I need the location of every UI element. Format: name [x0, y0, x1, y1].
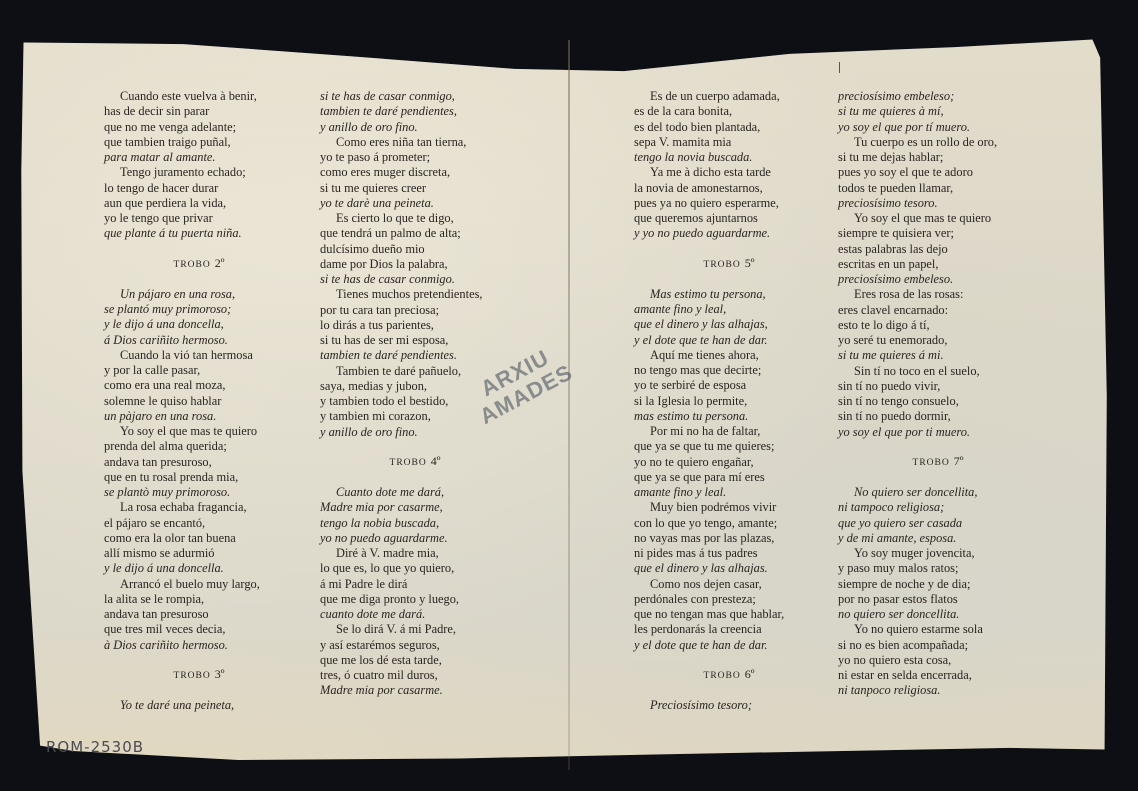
stanza: Es cierto lo que te digo,que tendrá un p…: [320, 211, 510, 287]
verse-line: que tendrá un palmo de alta;: [320, 226, 510, 241]
stanza: Como nos dejen casar,perdónales con pres…: [634, 577, 824, 653]
verse-line: Mas estimo tu persona,: [634, 287, 824, 302]
verse-line: Yo te daré una peineta,: [104, 698, 294, 713]
verse-line: esto te lo digo á tí,: [838, 318, 1038, 333]
stanza: Tienes muchos pretendientes,por tu cara …: [320, 287, 510, 363]
verse-line: yo no quiero esta cosa,: [838, 653, 1038, 668]
verse-line: yo no puedo aguardarme.: [320, 531, 510, 546]
verse-line: mas estimo tu persona.: [634, 409, 824, 424]
stanza: Yo soy el que mas te quieroprenda del al…: [104, 424, 294, 500]
verse-line: siempre te quisiera ver;: [838, 226, 1038, 241]
verse-line: y el dote que te han de dar.: [634, 333, 824, 348]
verse-line: Cuando este vuelva à benir,: [104, 89, 294, 104]
verse-line: Sin tí no toco en el suelo,: [838, 364, 1038, 379]
verse-line: como eres muger discreta,: [320, 165, 510, 180]
stanza: La rosa echaba fragancia,el pájaro se en…: [104, 500, 294, 576]
stanza: Es de un cuerpo adamada,es de la cara bo…: [634, 89, 824, 165]
verse-line: no vayas mas por las plazas,: [634, 531, 824, 546]
verse-line: Es cierto lo que te digo,: [320, 211, 510, 226]
verse-line: ni tampoco religiosa;: [838, 500, 1038, 515]
verse-line: preciosísimo embeleso;: [838, 89, 1038, 104]
verse-line: yo te serbiré de esposa: [634, 378, 824, 393]
verse-line: solemne le quiso hablar: [104, 394, 294, 409]
verse-line: yo soy el que por ti muero.: [838, 425, 1038, 440]
verse-line: siempre de noche y de dia;: [838, 577, 1038, 592]
stanza: Cuanto dote me dará,Madre mia por casarm…: [320, 485, 510, 546]
verse-line: yo le tengo que privar: [104, 211, 294, 226]
stanza: Cuando este vuelva à benir,has de decir …: [104, 89, 294, 165]
stanza: Como eres niña tan tierna,yo te paso á p…: [320, 135, 510, 211]
section-heading: TROBO3º: [104, 667, 294, 684]
stanza: Tu cuerpo es un rollo de oro,si tu me de…: [838, 135, 1038, 211]
verse-line: Muy bien podrémos vivir: [634, 500, 824, 515]
verse-line: la alita se le rompia,: [104, 592, 294, 607]
verse-line: que el dinero y las alhajas.: [634, 561, 824, 576]
verse-line: dame por Dios la palabra,: [320, 257, 510, 272]
heading-label: TROBO: [174, 671, 211, 681]
verse-line: y anillo de oro fino.: [320, 425, 510, 440]
verse-line: has de decir sin parar: [104, 104, 294, 119]
verse-line: por no pasar estos flatos: [838, 592, 1038, 607]
verse-line: perdónales con presteza;: [634, 592, 824, 607]
verse-line: y yo no puedo aguardarme.: [634, 226, 824, 241]
verse-line: para matar al amante.: [104, 150, 294, 165]
verse-line: les perdonarás la creencia: [634, 622, 824, 637]
verse-line: tengo la nobia buscada,: [320, 516, 510, 531]
verse-line: pues ya no quiero esperarme,: [634, 196, 824, 211]
ink-mark: [839, 62, 840, 73]
verse-line: Madre mia por casarme.: [320, 683, 510, 698]
verse-line: Es de un cuerpo adamada,: [634, 89, 824, 104]
stanza: Mas estimo tu persona,amante fino y leal…: [634, 287, 824, 348]
verse-line: Se lo dirá V. á mi Padre,: [320, 622, 510, 637]
section-heading: TROBO4º: [320, 454, 510, 471]
verse-line: amante fino y leal,: [634, 302, 824, 317]
verse-line: escritas en un papel,: [838, 257, 1038, 272]
stanza: si te has de casar conmigo,tambien te da…: [320, 89, 510, 135]
verse-line: la novia de amonestarnos,: [634, 181, 824, 196]
verse-line: que me los dé esta tarde,: [320, 653, 510, 668]
stanza: Preciosísimo tesoro;: [634, 698, 824, 713]
verse-line: dulcísimo dueño mio: [320, 242, 510, 257]
verse-line: ni tanpoco religiosa.: [838, 683, 1038, 698]
verse-line: pues yo soy el que te adoro: [838, 165, 1038, 180]
verse-line: yo seré tu enemorado,: [838, 333, 1038, 348]
stanza: No quiero ser doncellita,ni tampoco reli…: [838, 485, 1038, 546]
section-heading: TROBO7º: [838, 454, 1038, 471]
text-column-1: Cuando este vuelva à benir,has de decir …: [104, 89, 294, 713]
verse-line: Yo soy el que mas te quiero: [838, 211, 1038, 226]
verse-line: como era la olor tan buena: [104, 531, 294, 546]
verse-line: y así estarémos seguros,: [320, 638, 510, 653]
verse-line: Tu cuerpo es un rollo de oro,: [838, 135, 1038, 150]
stanza: Aquí me tienes ahora,no tengo mas que de…: [634, 348, 824, 424]
verse-line: que tambien traigo puñal,: [104, 135, 294, 150]
verse-line: Por mi no ha de faltar,: [634, 424, 824, 439]
verse-line: y paso muy malos ratos;: [838, 561, 1038, 576]
verse-line: si tu me dejas hablar;: [838, 150, 1038, 165]
verse-line: La rosa echaba fragancia,: [104, 500, 294, 515]
verse-line: yo soy el que por tí muero.: [838, 120, 1038, 135]
verse-line: si tu me quieres creer: [320, 181, 510, 196]
verse-line: el pájaro se encantó,: [104, 516, 294, 531]
verse-line: Preciosísimo tesoro;: [634, 698, 824, 713]
verse-line: Yo soy el que mas te quiero: [104, 424, 294, 439]
verse-line: que me diga pronto y luego,: [320, 592, 510, 607]
stanza: preciosísimo embeleso;si tu me quieres à…: [838, 89, 1038, 135]
verse-line: si te has de casar conmigo.: [320, 272, 510, 287]
stanza: Cuando la vió tan hermosay por la calle …: [104, 348, 294, 424]
verse-line: es de la cara bonita,: [634, 104, 824, 119]
stanza: Un pájaro en una rosa,se plantó muy prim…: [104, 287, 294, 348]
verse-line: Cuando la vió tan hermosa: [104, 348, 294, 363]
verse-line: Cuanto dote me dará,: [320, 485, 510, 500]
verse-line: y de mi amante, esposa.: [838, 531, 1038, 546]
verse-line: á Dios cariñito hermoso.: [104, 333, 294, 348]
verse-line: que queremos ajuntarnos: [634, 211, 824, 226]
stanza: Arrancó el buelo muy largo,la alita se l…: [104, 577, 294, 653]
heading-label: TROBO: [704, 260, 741, 270]
verse-line: si la Iglesia lo permite,: [634, 394, 824, 409]
verse-line: que en tu rosal prenda mia,: [104, 470, 294, 485]
verse-line: ni estar en selda encerrada,: [838, 668, 1038, 683]
text-column-4: preciosísimo embeleso;si tu me quieres à…: [838, 89, 1038, 699]
verse-line: Tengo juramento echado;: [104, 165, 294, 180]
verse-line: Aquí me tienes ahora,: [634, 348, 824, 363]
section-heading: TROBO6º: [634, 667, 824, 684]
verse-line: No quiero ser doncellita,: [838, 485, 1038, 500]
heading-label: TROBO: [704, 671, 741, 681]
heading-label: TROBO: [390, 458, 427, 468]
verse-line: que el dinero y las alhajas,: [634, 317, 824, 332]
stanza: Eres rosa de las rosas:eres clavel encar…: [838, 287, 1038, 363]
stanza: Diré à V. madre mia,lo que es, lo que yo…: [320, 546, 510, 622]
verse-line: sepa V. mamita mia: [634, 135, 824, 150]
verse-line: que ya se que para mí eres: [634, 470, 824, 485]
verse-line: Como nos dejen casar,: [634, 577, 824, 592]
verse-line: yo te paso á prometer;: [320, 150, 510, 165]
verse-line: prenda del alma querida;: [104, 439, 294, 454]
stanza: Yo soy muger jovencita,y paso muy malos …: [838, 546, 1038, 622]
verse-line: si tu has de ser mi esposa,: [320, 333, 510, 348]
stanza: Yo soy el que mas te quierosiempre te qu…: [838, 211, 1038, 287]
verse-line: estas palabras las dejo: [838, 242, 1038, 257]
verse-line: ni pides mas á tus padres: [634, 546, 824, 561]
verse-line: amante fino y leal.: [634, 485, 824, 500]
verse-line: Yo no quiero estarme sola: [838, 622, 1038, 637]
verse-line: lo que es, lo que yo quiero,: [320, 561, 510, 576]
heading-number: 7º: [954, 454, 964, 468]
heading-label: TROBO: [174, 260, 211, 270]
verse-line: un pàjaro en una rosa.: [104, 409, 294, 424]
verse-line: Ya me à dicho esta tarde: [634, 165, 824, 180]
verse-line: y el dote que te han de dar.: [634, 638, 824, 653]
heading-label: TROBO: [913, 458, 950, 468]
verse-line: y le dijo á una doncella,: [104, 317, 294, 332]
verse-line: cuanto dote me dará.: [320, 607, 510, 622]
verse-line: eres clavel encarnado:: [838, 303, 1038, 318]
verse-line: à Dios cariñito hermoso.: [104, 638, 294, 653]
verse-line: si te has de casar conmigo,: [320, 89, 510, 104]
verse-line: Como eres niña tan tierna,: [320, 135, 510, 150]
verse-line: todos te pueden llamar,: [838, 181, 1038, 196]
verse-line: que no me venga adelante;: [104, 120, 294, 135]
heading-number: 4º: [431, 454, 441, 468]
verse-line: si no es bien acompañada;: [838, 638, 1038, 653]
verse-line: allí mismo se adurmió: [104, 546, 294, 561]
stanza: Tengo juramento echado;lo tengo de hacer…: [104, 165, 294, 241]
verse-line: es del todo bien plantada,: [634, 120, 824, 135]
stanza: Ya me à dicho esta tardela novia de amon…: [634, 165, 824, 241]
stanza: Por mi no ha de faltar,que ya se que tu …: [634, 424, 824, 500]
verse-line: y le dijo á una doncella.: [104, 561, 294, 576]
verse-line: tres, ó cuatro mil duros,: [320, 668, 510, 683]
verse-line: no tengo mas que decirte;: [634, 363, 824, 378]
verse-line: lo tengo de hacer durar: [104, 181, 294, 196]
stanza: Yo no quiero estarme solasi no es bien a…: [838, 622, 1038, 698]
verse-line: se plantò muy primoroso.: [104, 485, 294, 500]
verse-line: Diré à V. madre mia,: [320, 546, 510, 561]
verse-line: si tu me quieres á mi.: [838, 348, 1038, 363]
verse-line: que plante á tu puerta niña.: [104, 226, 294, 241]
verse-line: preciosísimo embeleso.: [838, 272, 1038, 287]
heading-number: 3º: [215, 667, 225, 681]
verse-line: si tu me quieres à mí,: [838, 104, 1038, 119]
verse-line: lo dirás a tus parientes,: [320, 318, 510, 333]
verse-line: yo no te quiero engañar,: [634, 455, 824, 470]
verse-line: que yo quiero ser casada: [838, 516, 1038, 531]
section-heading: TROBO2º: [104, 256, 294, 273]
heading-number: 6º: [745, 667, 755, 681]
verse-line: andava tan presuroso: [104, 607, 294, 622]
verse-line: como era una real moza,: [104, 378, 294, 393]
heading-number: 5º: [745, 256, 755, 270]
verse-line: andava tan presuroso,: [104, 455, 294, 470]
heading-number: 2º: [215, 256, 225, 270]
verse-line: y por la calle pasar,: [104, 363, 294, 378]
stanza: Muy bien podrémos vivircon lo que yo ten…: [634, 500, 824, 576]
verse-line: Un pájaro en una rosa,: [104, 287, 294, 302]
stanza: Se lo dirá V. á mi Padre,y así estarémos…: [320, 622, 510, 698]
verse-line: Eres rosa de las rosas:: [838, 287, 1038, 302]
verse-line: tambien te daré pendientes,: [320, 104, 510, 119]
verse-line: yo te darè una peineta.: [320, 196, 510, 211]
verse-line: se plantó muy primoroso;: [104, 302, 294, 317]
section-heading: TROBO5º: [634, 256, 824, 273]
verse-line: á mi Padre le dirá: [320, 577, 510, 592]
verse-line: tengo la novia buscada.: [634, 150, 824, 165]
catalog-reference: ROM-2530B: [46, 738, 144, 756]
stanza: Sin tí no toco en el suelo,sin tí no pue…: [838, 364, 1038, 440]
verse-line: con lo que yo tengo, amante;: [634, 516, 824, 531]
verse-line: Yo soy muger jovencita,: [838, 546, 1038, 561]
stanza: Yo te daré una peineta,: [104, 698, 294, 713]
verse-line: y anillo de oro fino.: [320, 120, 510, 135]
verse-line: aun que perdiera la vida,: [104, 196, 294, 211]
verse-line: Madre mia por casarme,: [320, 500, 510, 515]
verse-line: Tienes muchos pretendientes,: [320, 287, 510, 302]
verse-line: tambien te daré pendientes.: [320, 348, 510, 363]
verse-line: preciosísimo tesoro.: [838, 196, 1038, 211]
verse-line: sin tí no tengo consuelo,: [838, 394, 1038, 409]
verse-line: que ya se que tu me quieres;: [634, 439, 824, 454]
page-fold-line: [568, 40, 570, 770]
verse-line: que no tengan mas que hablar,: [634, 607, 824, 622]
verse-line: Arrancó el buelo muy largo,: [104, 577, 294, 592]
verse-line: sin tí no puedo dormir,: [838, 409, 1038, 424]
text-column-3: Es de un cuerpo adamada,es de la cara bo…: [634, 89, 824, 713]
verse-line: por tu cara tan preciosa;: [320, 303, 510, 318]
verse-line: no quiero ser doncellita.: [838, 607, 1038, 622]
verse-line: que tres mil veces decia,: [104, 622, 294, 637]
verse-line: sin tí no puedo vivir,: [838, 379, 1038, 394]
